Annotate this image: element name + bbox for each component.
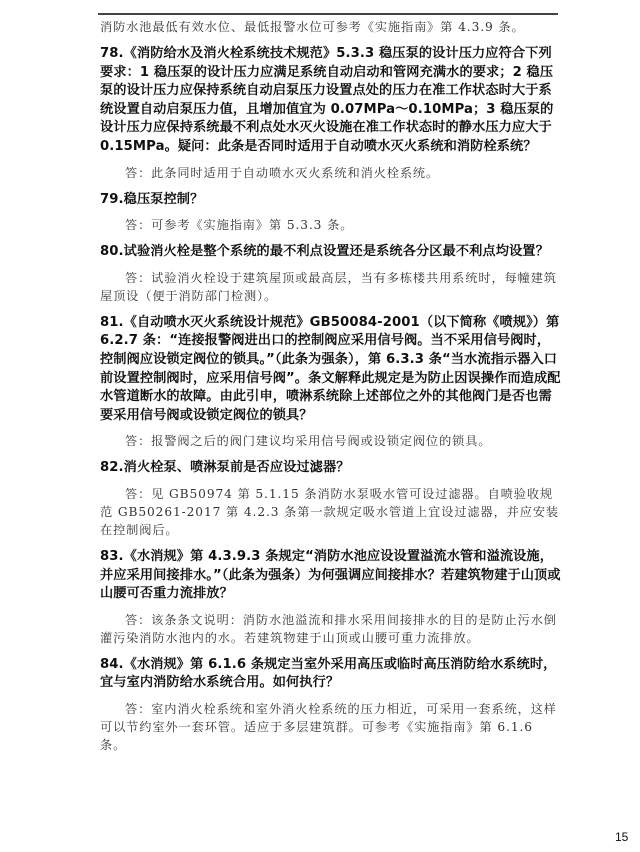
question-80: 80.试验消火栓是整个系统的最不利点设置还是系统各分区最不利点均设置？ (100, 243, 562, 262)
answer-78: 答：此条同时适用于自动喷水灭火系统和消火栓系统。 (100, 164, 562, 182)
answer-83: 答：该条条文说明：消防水池溢流和排水采用间接排水的目的是防止污水倒灌污染消防水池… (100, 611, 562, 647)
answer-81: 答：报警阀之后的阀门建议均采用信号阀或设锁定阀位的锁具。 (100, 432, 562, 450)
answer-84: 答：室内消火栓系统和室外消火栓系统的压力相近，可采用一套系统，这样可以节约室外一… (100, 700, 562, 754)
intro-answer-text: 消防水池最低有效水位、最低报警水位可参考《实施指南》第 4.3.9 条。 (100, 18, 562, 36)
answer-80: 答：试验消火栓设于建筑屋顶或最高层，当有多栋楼共用系统时，每幢建筑屋顶设（便于消… (100, 269, 562, 305)
question-81: 81.《自动喷水灭火系统设计规范》GB50084-2001（以下简称《喷规》）第… (100, 314, 562, 426)
answer-79: 答：可参考《实施指南》第 5.3.3 条。 (100, 216, 562, 234)
question-79: 79.稳压泵控制？ (100, 191, 562, 210)
header-rule (98, 13, 558, 15)
page-number: 15 (615, 830, 628, 844)
answer-82: 答：见 GB50974 第 5.1.15 条消防水泵吸水管可设过滤器。自喷验收规… (100, 485, 562, 539)
question-78: 78.《消防给水及消火栓系统技术规范》5.3.3 稳压泵的设计压力应符合下列要求… (100, 45, 562, 157)
document-body: 消防水池最低有效水位、最低报警水位可参考《实施指南》第 4.3.9 条。 78.… (100, 18, 562, 754)
question-82: 82.消火栓泵、喷淋泵前是否应设过滤器？ (100, 459, 562, 478)
question-84: 84.《水消规》第 6.1.6 条规定当室外采用高压或临时高压消防给水系统时，宜… (100, 656, 562, 693)
question-83: 83.《水消规》第 4.3.9.3 条规定“消防水池应设设置溢流水管和溢流设施，… (100, 548, 562, 604)
